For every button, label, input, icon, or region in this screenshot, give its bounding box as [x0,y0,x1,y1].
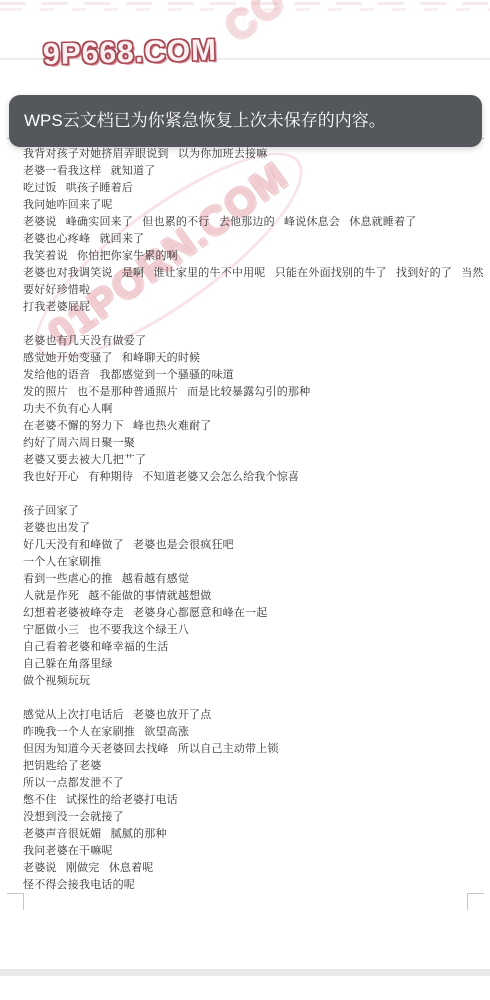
document-line [23,690,485,707]
document-line: 做个视频玩玩 [23,673,485,690]
document-line: 老婆说 刚做完 休息着呢 [23,860,485,877]
document-line: 打我老婆屁屁 [23,299,485,316]
document-line: 约好了周六周日聚一聚 [23,435,485,452]
document-line: 自己看着老婆和峰幸福的生活 [23,639,485,656]
document-line: 感觉她开始变骚了 和峰聊天的时候 [23,350,485,367]
document-line: 老婆也心疼峰 就回来了 [23,231,485,248]
document-line: 没想到没一会就接了 [23,809,485,826]
document-line: 怪不得会接我电话的呢 [23,877,485,894]
document-line: 吃过饭 哄孩子睡着后 [23,180,485,197]
document-line: 孩子回家了 [23,503,485,520]
document-line: 感觉从上次打电话后 老婆也放开了点 [23,707,485,724]
document-line: 老婆说 峰确实回来了 但也累的不行 去他那边的 峰说休息会 休息就睡着了 [23,214,485,231]
document-line: 要好好珍惜啦 [23,282,485,299]
document-line: 发的照片 也不是那种普通照片 而是比较暴露勾引的那种 [23,384,485,401]
recovery-toast: WPS云文档已为你紧急恢复上次未保存的内容。 [9,95,482,147]
document-line: 我问她咋回来了呢 [23,197,485,214]
document-line: 把钥匙给了老婆 [23,758,485,775]
document-line: 自己躲在角落里绿 [23,656,485,673]
document-line [23,486,485,503]
site-logo-watermark: 9P668.COM [43,34,218,73]
document-line: 所以一点都发泄不了 [23,775,485,792]
document-line: 宁愿做小三 也不要我这个绿王八 [23,622,485,639]
document-line: 一个人在家刷推 [23,554,485,571]
document-line: 老婆也出发了 [23,520,485,537]
document-page[interactable]: 我背对孩子对她挤眉弄眼说到 以为你加班去接嘛老婆一看我这样 就知道了吃过饭 哄孩… [23,146,485,894]
document-line: 憋不住 试探性的给老婆打电话 [23,792,485,809]
document-line [23,316,485,333]
document-line: 昨晚我一个人在家刷推 欲望高涨 [23,724,485,741]
document-line: 我笑着说 你怕把你家牛累的啊 [23,248,485,265]
document-line: 老婆一看我这样 就知道了 [23,163,485,180]
top-banner-remnant [0,0,490,11]
page-break-separator [0,969,490,976]
page-margin-mark-bottom-left [7,893,24,910]
document-line: 老婆又要去被大几把艹了 [23,452,485,469]
document-line: 老婆也对我调笑说 是啊 谁让家里的牛不中用呢 只能在外面找别的牛了 找到好的了 … [23,265,485,282]
document-line: 老婆声音很妩媚 腻腻的那种 [23,826,485,843]
page-margin-mark-bottom-right [467,893,484,910]
document-line: 老婆也有几天没有做爱了 [23,333,485,350]
document-line: 发给他的语音 我都感觉到一个骚骚的味道 [23,367,485,384]
document-line: 我也好开心 有种期待 不知道老婆又会怎么给我个惊喜 [23,469,485,486]
document-line: 好几天没有和峰做了 老婆也是会很疯狂吧 [23,537,485,554]
wps-document-screen: 9P668.COM 01PORN.COM CO 我背对孩子对她挤眉弄眼说到 以为… [0,0,490,1000]
document-line: 我背对孩子对她挤眉弄眼说到 以为你加班去接嘛 [23,146,485,163]
document-line: 看到一些虐心的推 越看越有感觉 [23,571,485,588]
document-line: 我问老婆在干嘛呢 [23,843,485,860]
toast-message: WPS云文档已为你紧急恢复上次未保存的内容。 [9,111,386,131]
document-line: 但因为知道今天老婆回去找峰 所以自己主动带上锁 [23,741,485,758]
document-line: 幻想着老婆被峰夺走 老婆身心都愿意和峰在一起 [23,605,485,622]
document-line: 在老婆不懈的努力下 峰也热火难耐了 [23,418,485,435]
document-line: 人就是作死 越不能做的事情就越想做 [23,588,485,605]
document-line: 功夫不负有心人啊 [23,401,485,418]
